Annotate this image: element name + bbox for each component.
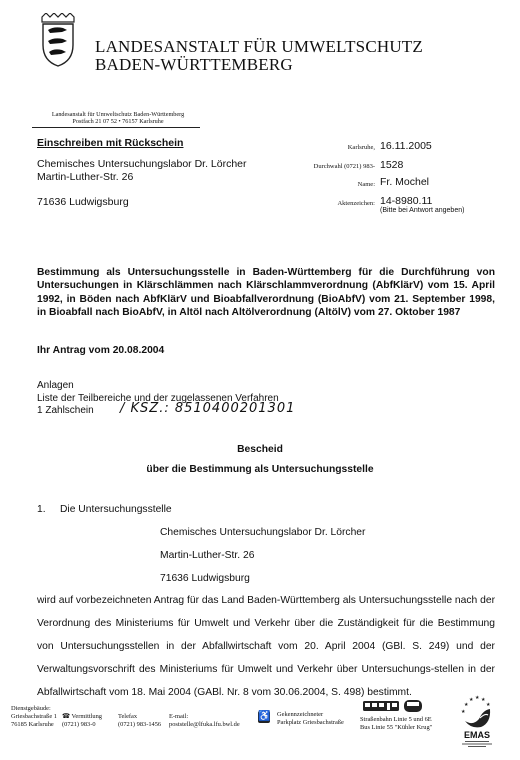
meta-label-name: Name: [265,181,375,188]
footer-transit-line1: Straßenbahn Linie 5 und 6E [360,716,432,724]
meta-label-phone: Durchwahl (0721) 983- [265,163,375,170]
footer-email-value[interactable]: poststelle@lfuka.lfu.bwl.de [169,721,240,729]
footer-transit: Straßenbahn Linie 5 und 6E Bus Linie 55 … [360,716,432,732]
wheelchair-icon: ♿ [258,711,270,723]
footer-email: E-mail: poststelle@lfuka.lfu.bwl.de [169,713,240,729]
recipient-street: Martin-Luther-Str. 26 [37,171,133,183]
meta-label-place: Karlsruhe, [265,144,375,151]
tram-bus-icon [362,699,424,713]
footer-phone-label: Vermittlung [71,713,102,720]
footer-fax: Telefax (0721) 983-1456 [118,713,161,729]
footer-parking-line2: Parkplatz Griesbachstraße [277,719,344,727]
item-number: 1. [37,504,46,515]
emas-label: EMAS [457,730,497,740]
lab-name: Chemisches Untersuchungslabor Dr. Lörche… [160,527,365,538]
svg-text:★: ★ [486,702,491,708]
application-reference: Ihr Antrag vom 20.08.2004 [37,345,164,356]
meta-reply-note: (Bitte bei Antwort angeben) [380,207,464,214]
organization-state: BADEN-WÜRTTEMBERG [95,55,293,75]
footer-address-city: 76185 Karlsruhe [11,721,57,729]
meta-file-reference: 14-8980.11 [380,195,432,207]
footer-fax-value: (0721) 983-1456 [118,721,161,729]
decision-title: Bescheid [0,444,520,455]
recipient-city: 71636 Ludwigsburg [37,196,129,208]
coat-of-arms-icon [38,13,78,67]
footer-address-heading: Dienstgebäude: [11,705,57,713]
emas-subtext-icon [457,740,497,748]
enclosure-item: 1 Zahlschein [37,405,94,416]
meta-extension: 1528 [380,159,403,171]
svg-text:★: ★ [475,695,480,701]
meta-label-file-ref: Aktenzeichen: [265,200,375,207]
footer-parking: Gekennzeichneter Parkplatz Griesbachstra… [277,711,344,727]
footer-phone-value: (0721) 983-0 [62,721,102,729]
sender-divider [32,127,200,128]
subject-text: Bestimmung als Untersuchungsstelle in Ba… [37,266,495,319]
meta-date: 16.11.2005 [380,140,432,152]
footer-address: Dienstgebäude: Griesbachstraße 1 76185 K… [11,705,57,729]
recipient-name: Chemisches Untersuchungslabor Dr. Lörche… [37,158,247,170]
item-label: Die Untersuchungsstelle [60,504,172,515]
svg-text:★: ★ [461,709,466,715]
enclosures-heading: Anlagen [37,380,74,391]
meta-contact-name: Fr. Mochel [380,176,429,188]
footer-address-street: Griesbachstraße 1 [11,713,57,721]
sender-name: Landesanstalt für Umweltschutz Baden-Wür… [38,111,198,118]
lab-city: 71636 Ludwigsburg [160,573,250,584]
footer-phone: ☎ Vermittlung (0721) 983-0 [62,713,102,729]
handwritten-annotation: / KSZ.: 8510400201301 [120,401,295,416]
organization-name: LANDESANSTALT FÜR UMWELTSCHUTZ [95,37,423,57]
body-paragraph: wird auf vorbezeichneten Antrag für das … [37,589,495,704]
footer-fax-label: Telefax [118,713,161,721]
svg-text:★: ★ [469,697,474,703]
delivery-note: Einschreiben mit Rückschein [37,137,183,149]
footer-transit-line2: Bus Linie 55 "Kühler Krug" [360,724,432,732]
footer-parking-line1: Gekennzeichneter [277,711,344,719]
sender-postbox: Postfach 21 07 52 • 76157 Karlsruhe [38,118,198,125]
lab-street: Martin-Luther-Str. 26 [160,550,254,561]
decision-subtitle: über die Bestimmung als Untersuchungsste… [0,464,520,475]
footer-email-label: E-mail: [169,713,240,721]
